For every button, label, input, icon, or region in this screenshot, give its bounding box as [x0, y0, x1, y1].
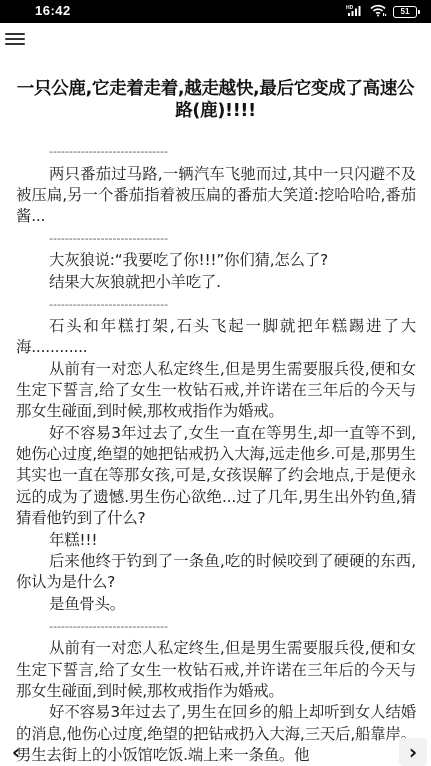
chevron-left-icon: ‹ [12, 740, 20, 764]
article-paragraph: 年糕!!! [16, 530, 416, 551]
section-separator: ------------------------------ [16, 228, 416, 250]
section-separator: ------------------------------ [16, 141, 416, 163]
section-separator: ------------------------------ [16, 616, 416, 638]
article-body[interactable]: ------------------------------两只番茄过马路,一辆… [16, 141, 416, 766]
signal-icon: HD [346, 2, 364, 21]
hamburger-menu-icon[interactable] [5, 33, 25, 47]
status-time: 16:42 [35, 3, 71, 18]
article-paragraph: 从前有一对恋人私定终生,但是男生需要服兵役,便和女生定下誓言,给了女生一枚钻石戒… [16, 638, 416, 702]
previous-page-button[interactable]: ‹ [2, 738, 30, 766]
top-toolbar [0, 23, 431, 59]
article-paragraph: 是鱼骨头。 [16, 594, 416, 615]
article-title: 一只公鹿,它走着走着,越走越快,最后它变成了高速公路(鹿)!!!! [10, 78, 421, 122]
article-paragraph: 两只番茄过马路,一辆汽车飞驰而过,其中一只闪避不及被压扁,另一个番茄指着被压扁的… [16, 164, 416, 228]
status-icons: HD 51 [346, 4, 417, 19]
article-paragraph: 大灰狼说:“我要吃了你!!!”你们猜,怎么了? [16, 250, 416, 271]
status-bar: 16:42 HD 51 [0, 0, 431, 23]
article-paragraph: 好不容易3年过去了,女生一直在等男生,却一直等不到,她伤心过度,绝望的她把钻戒扔… [16, 423, 416, 529]
article-paragraph: 从前有一对恋人私定终生,但是男生需要服兵役,便和女生定下誓言,给了女生一枚钻石戒… [16, 359, 416, 423]
article-paragraph: 结果大灰狼就把小羊吃了. [16, 272, 416, 293]
next-page-button[interactable]: › [399, 738, 427, 766]
svg-text:HD: HD [346, 5, 354, 11]
section-separator: ------------------------------ [16, 294, 416, 316]
article-paragraph: 后来他终于钓到了一条鱼,吃的时候咬到了硬硬的东西,你认为是什么? [16, 551, 416, 593]
wifi-icon [370, 2, 387, 21]
battery-icon: 51 [393, 6, 417, 18]
chevron-right-icon: › [409, 740, 417, 764]
article-paragraph: 好不容易3年过去了,男生在回乡的船上却听到女人结婚的消息,他伤心过度,绝望的把钻… [16, 702, 416, 766]
article-paragraph: 石头和年糕打架,石头飞起一脚就把年糕踢进了大海............ [16, 316, 416, 358]
battery-level: 51 [401, 7, 410, 16]
